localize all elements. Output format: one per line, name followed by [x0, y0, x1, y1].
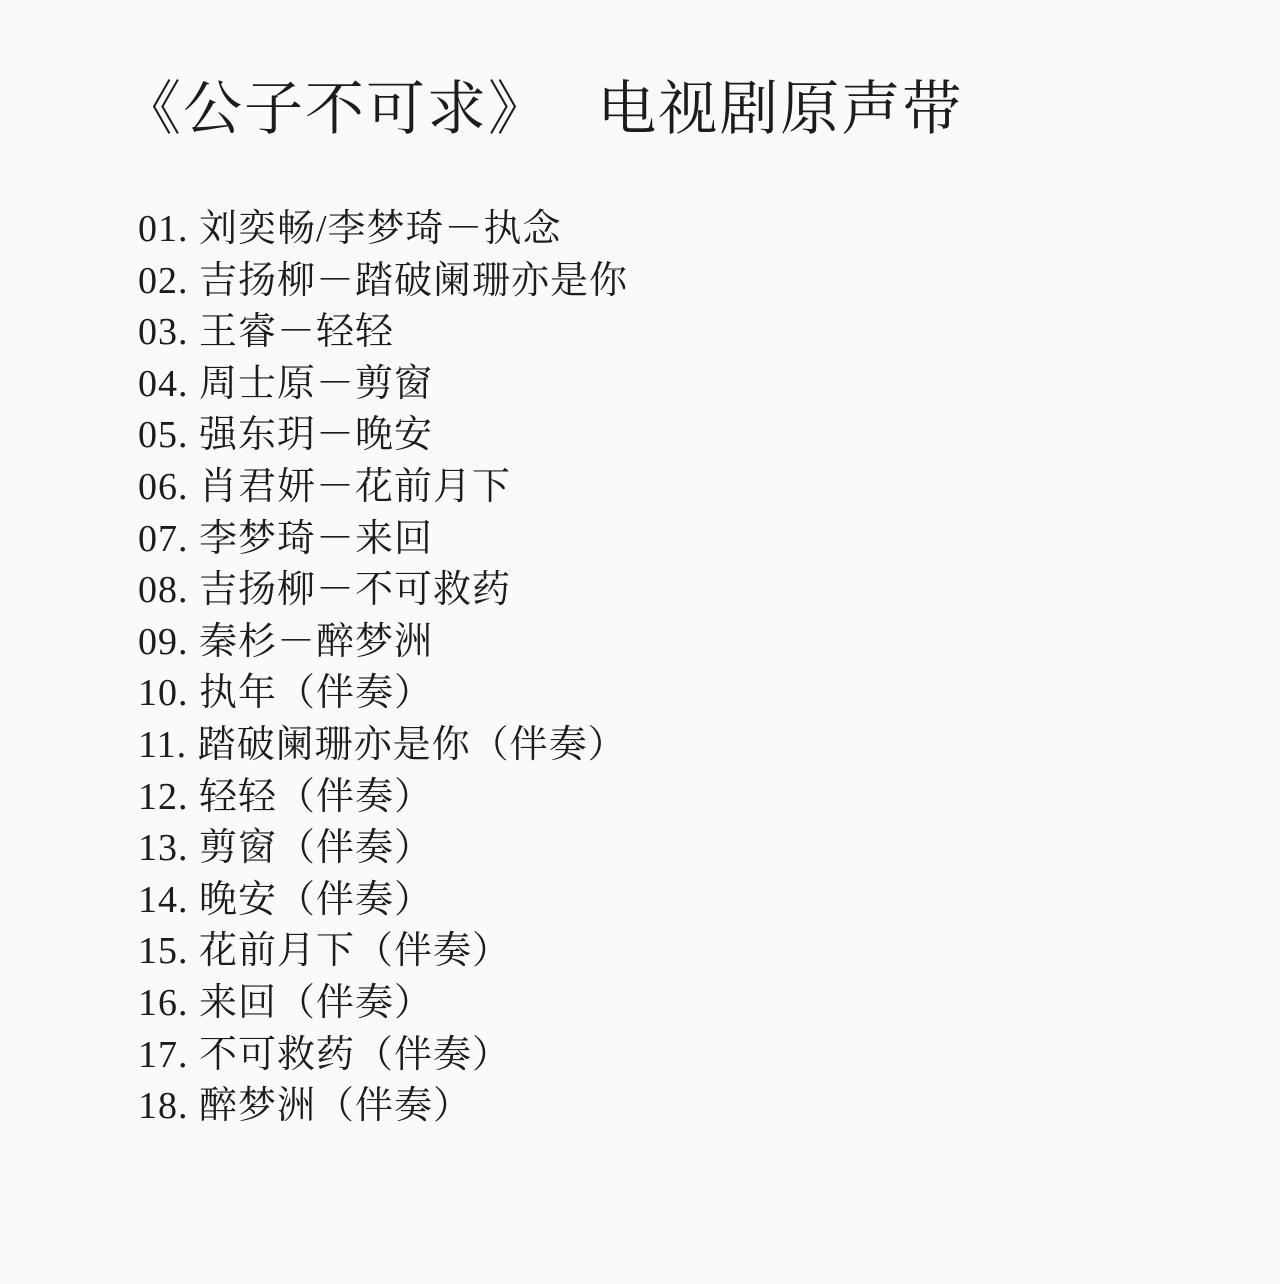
track-item: 09. 秦杉－醉梦洲	[138, 617, 628, 669]
track-item: 17. 不可救药（伴奏）	[138, 1030, 628, 1082]
album-title: 《公子不可求》 电视剧原声带	[122, 76, 963, 144]
track-item: 12. 轻轻（伴奏）	[138, 772, 628, 824]
track-item: 11. 踏破阑珊亦是你（伴奏）	[138, 720, 628, 772]
track-item: 15. 花前月下（伴奏）	[138, 926, 628, 978]
tracklist: 01. 刘奕畅/李梦琦－执念 02. 吉扬柳－踏破阑珊亦是你 03. 王睿－轻轻…	[138, 204, 628, 1133]
track-item: 03. 王睿－轻轻	[138, 307, 628, 359]
track-item: 06. 肖君妍－花前月下	[138, 462, 628, 514]
track-item: 04. 周士原－剪窗	[138, 359, 628, 411]
track-item: 13. 剪窗（伴奏）	[138, 823, 628, 875]
soundtrack-page: 《公子不可求》 电视剧原声带 01. 刘奕畅/李梦琦－执念 02. 吉扬柳－踏破…	[0, 0, 1280, 1284]
track-item: 05. 强东玥－晚安	[138, 410, 628, 462]
track-item: 18. 醉梦洲（伴奏）	[138, 1081, 628, 1133]
track-item: 14. 晚安（伴奏）	[138, 875, 628, 927]
track-item: 02. 吉扬柳－踏破阑珊亦是你	[138, 256, 628, 308]
track-item: 16. 来回（伴奏）	[138, 978, 628, 1030]
track-item: 01. 刘奕畅/李梦琦－执念	[138, 204, 628, 256]
track-item: 08. 吉扬柳－不可救药	[138, 565, 628, 617]
track-item: 10. 执年（伴奏）	[138, 668, 628, 720]
track-item: 07. 李梦琦－来回	[138, 514, 628, 566]
